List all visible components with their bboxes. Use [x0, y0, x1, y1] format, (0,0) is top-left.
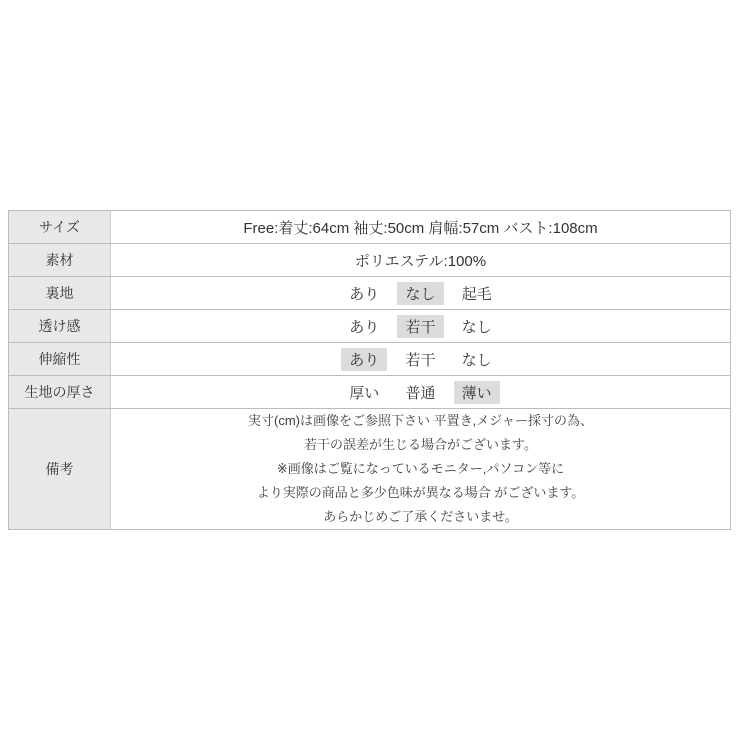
row-value-thickness: 厚い 普通 薄い: [111, 376, 731, 409]
row-label-thickness: 生地の厚さ: [9, 376, 111, 409]
option: 若干: [405, 348, 435, 371]
notes-line: 実寸(cm)は画像をご参照下さい 平置き,メジャー採寸の為、: [111, 409, 730, 433]
notes-line: ※画像はご覧になっているモニター,パソコン等に: [111, 457, 730, 481]
notes-line: より実際の商品と多少色味が異なる場合 がございます。: [111, 481, 730, 505]
row-value-notes: 実寸(cm)は画像をご参照下さい 平置き,メジャー採寸の為、 若干の誤差が生じる…: [111, 409, 731, 530]
row-value-size: Free:着丈:64cm 袖丈:50cm 肩幅:57cm バスト:108cm: [111, 211, 731, 244]
product-spec-table: サイズ Free:着丈:64cm 袖丈:50cm 肩幅:57cm バスト:108…: [8, 210, 731, 530]
option: 厚い: [349, 381, 379, 404]
table-row-thickness: 生地の厚さ 厚い 普通 薄い: [9, 376, 731, 409]
row-label-stretch: 伸縮性: [9, 343, 111, 376]
row-label-material: 素材: [9, 244, 111, 277]
option-selected: なし: [397, 282, 443, 305]
table-row-notes: 備考 実寸(cm)は画像をご参照下さい 平置き,メジャー採寸の為、 若干の誤差が…: [9, 409, 731, 530]
table-row-size: サイズ Free:着丈:64cm 袖丈:50cm 肩幅:57cm バスト:108…: [9, 211, 731, 244]
table-row-material: 素材 ポリエステル:100%: [9, 244, 731, 277]
notes-line: あらかじめご了承くださいませ。: [111, 505, 730, 529]
row-value-stretch: あり 若干 なし: [111, 343, 731, 376]
option: あり: [349, 282, 379, 305]
table-row-lining: 裏地 あり なし 起毛: [9, 277, 731, 310]
option: あり: [349, 315, 379, 338]
row-value-sheerness: あり 若干 なし: [111, 310, 731, 343]
notes-line: 若干の誤差が生じる場合がございます。: [111, 433, 730, 457]
option-selected: あり: [341, 348, 387, 371]
row-value-material: ポリエステル:100%: [111, 244, 731, 277]
row-label-notes: 備考: [9, 409, 111, 530]
row-label-lining: 裏地: [9, 277, 111, 310]
option: なし: [462, 348, 492, 371]
option: 普通: [405, 381, 435, 404]
row-value-lining: あり なし 起毛: [111, 277, 731, 310]
row-label-sheerness: 透け感: [9, 310, 111, 343]
option-selected: 若干: [397, 315, 443, 338]
table-row-sheerness: 透け感 あり 若干 なし: [9, 310, 731, 343]
option: なし: [462, 315, 492, 338]
option-selected: 薄い: [454, 381, 500, 404]
option: 起毛: [462, 282, 492, 305]
table-row-stretch: 伸縮性 あり 若干 なし: [9, 343, 731, 376]
row-label-size: サイズ: [9, 211, 111, 244]
